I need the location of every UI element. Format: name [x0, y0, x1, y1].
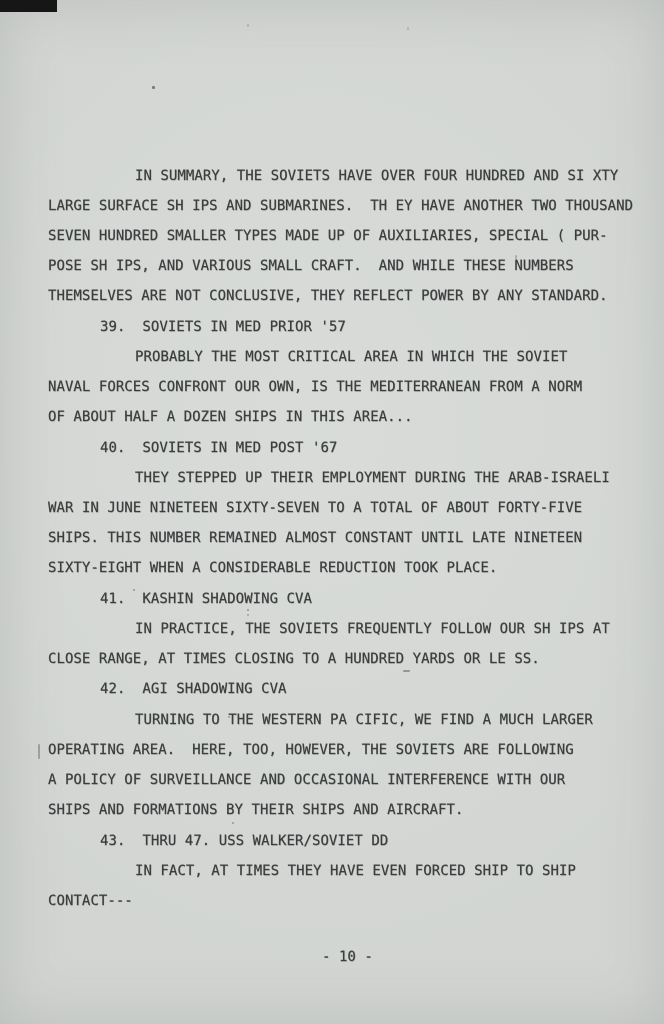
typed-line: A POLICY OF SURVEILLANCE AND OCCASIONAL …	[48, 773, 565, 787]
typed-line-item-42: 42. AGI SHADOWING CVA	[100, 682, 287, 696]
underscore-mark	[403, 670, 410, 672]
typed-line: SHIPS. THIS NUMBER REMAINED ALMOST CONST…	[48, 531, 582, 545]
typed-line: NAVAL FORCES CONFRONT OUR OWN, IS THE ME…	[48, 380, 582, 394]
typed-line: IN SUMMARY, THE SOVIETS HAVE OVER FOUR H…	[135, 169, 618, 183]
ink-speck	[247, 614, 249, 616]
typed-line: OPERATING AREA. HERE, TOO, HOWEVER, THE …	[48, 743, 574, 757]
ink-speck	[247, 24, 249, 27]
typed-line: THEY STEPPED UP THEIR EMPLOYMENT DURING …	[135, 471, 610, 485]
typed-line: LARGE SURFACE SH IPS AND SUBMARINES. TH …	[48, 199, 633, 213]
typed-line: POSE SH IPS, AND VARIOUS SMALL CRAFT. AN…	[48, 259, 574, 273]
page-number: - 10 -	[322, 950, 373, 964]
ink-speck	[407, 27, 409, 30]
typed-line: THEMSELVES ARE NOT CONCLUSIVE, THEY REFL…	[48, 289, 608, 303]
typed-line-item-41: 41. KASHIN SHADOWING CVA	[100, 592, 312, 606]
scanned-page: IN SUMMARY, THE SOVIETS HAVE OVER FOUR H…	[0, 0, 664, 1024]
typed-line: WAR IN JUNE NINETEEN SIXTY-SEVEN TO A TO…	[48, 501, 582, 515]
typed-line: SEVEN HUNDRED SMALLER TYPES MADE UP OF A…	[48, 229, 608, 243]
typed-line: PROBABLY THE MOST CRITICAL AREA IN WHICH…	[135, 350, 567, 364]
ink-speck	[152, 86, 155, 89]
typed-line-item-43: 43. THRU 47. USS WALKER/SOVIET DD	[100, 834, 388, 848]
typed-line: IN FACT, AT TIMES THEY HAVE EVEN FORCED …	[135, 864, 576, 878]
typed-line: CLOSE RANGE, AT TIMES CLOSING TO A HUNDR…	[48, 652, 540, 666]
typed-line-item-39: 39. SOVIETS IN MED PRIOR '57	[100, 320, 346, 334]
typed-line: TURNING TO THE WESTERN PA CIFIC, WE FIND…	[135, 713, 593, 727]
typed-line: CONTACT---	[48, 894, 133, 908]
typed-line: SIXTY-EIGHT WHEN A CONSIDERABLE REDUCTIO…	[48, 561, 497, 575]
typed-line: SHIPS AND FORMATIONS BY THEIR SHIPS AND …	[48, 803, 463, 817]
ink-speck	[232, 822, 234, 824]
typed-line-item-40: 40. SOVIETS IN MED POST '67	[100, 441, 337, 455]
margin-tick-mark	[38, 744, 40, 759]
typed-line: IN PRACTICE, THE SOVIETS FREQUENTLY FOLL…	[135, 622, 610, 636]
typed-line: OF ABOUT HALF A DOZEN SHIPS IN THIS AREA…	[48, 410, 413, 424]
scan-edge-mark	[0, 0, 57, 12]
ink-speck	[247, 609, 249, 611]
